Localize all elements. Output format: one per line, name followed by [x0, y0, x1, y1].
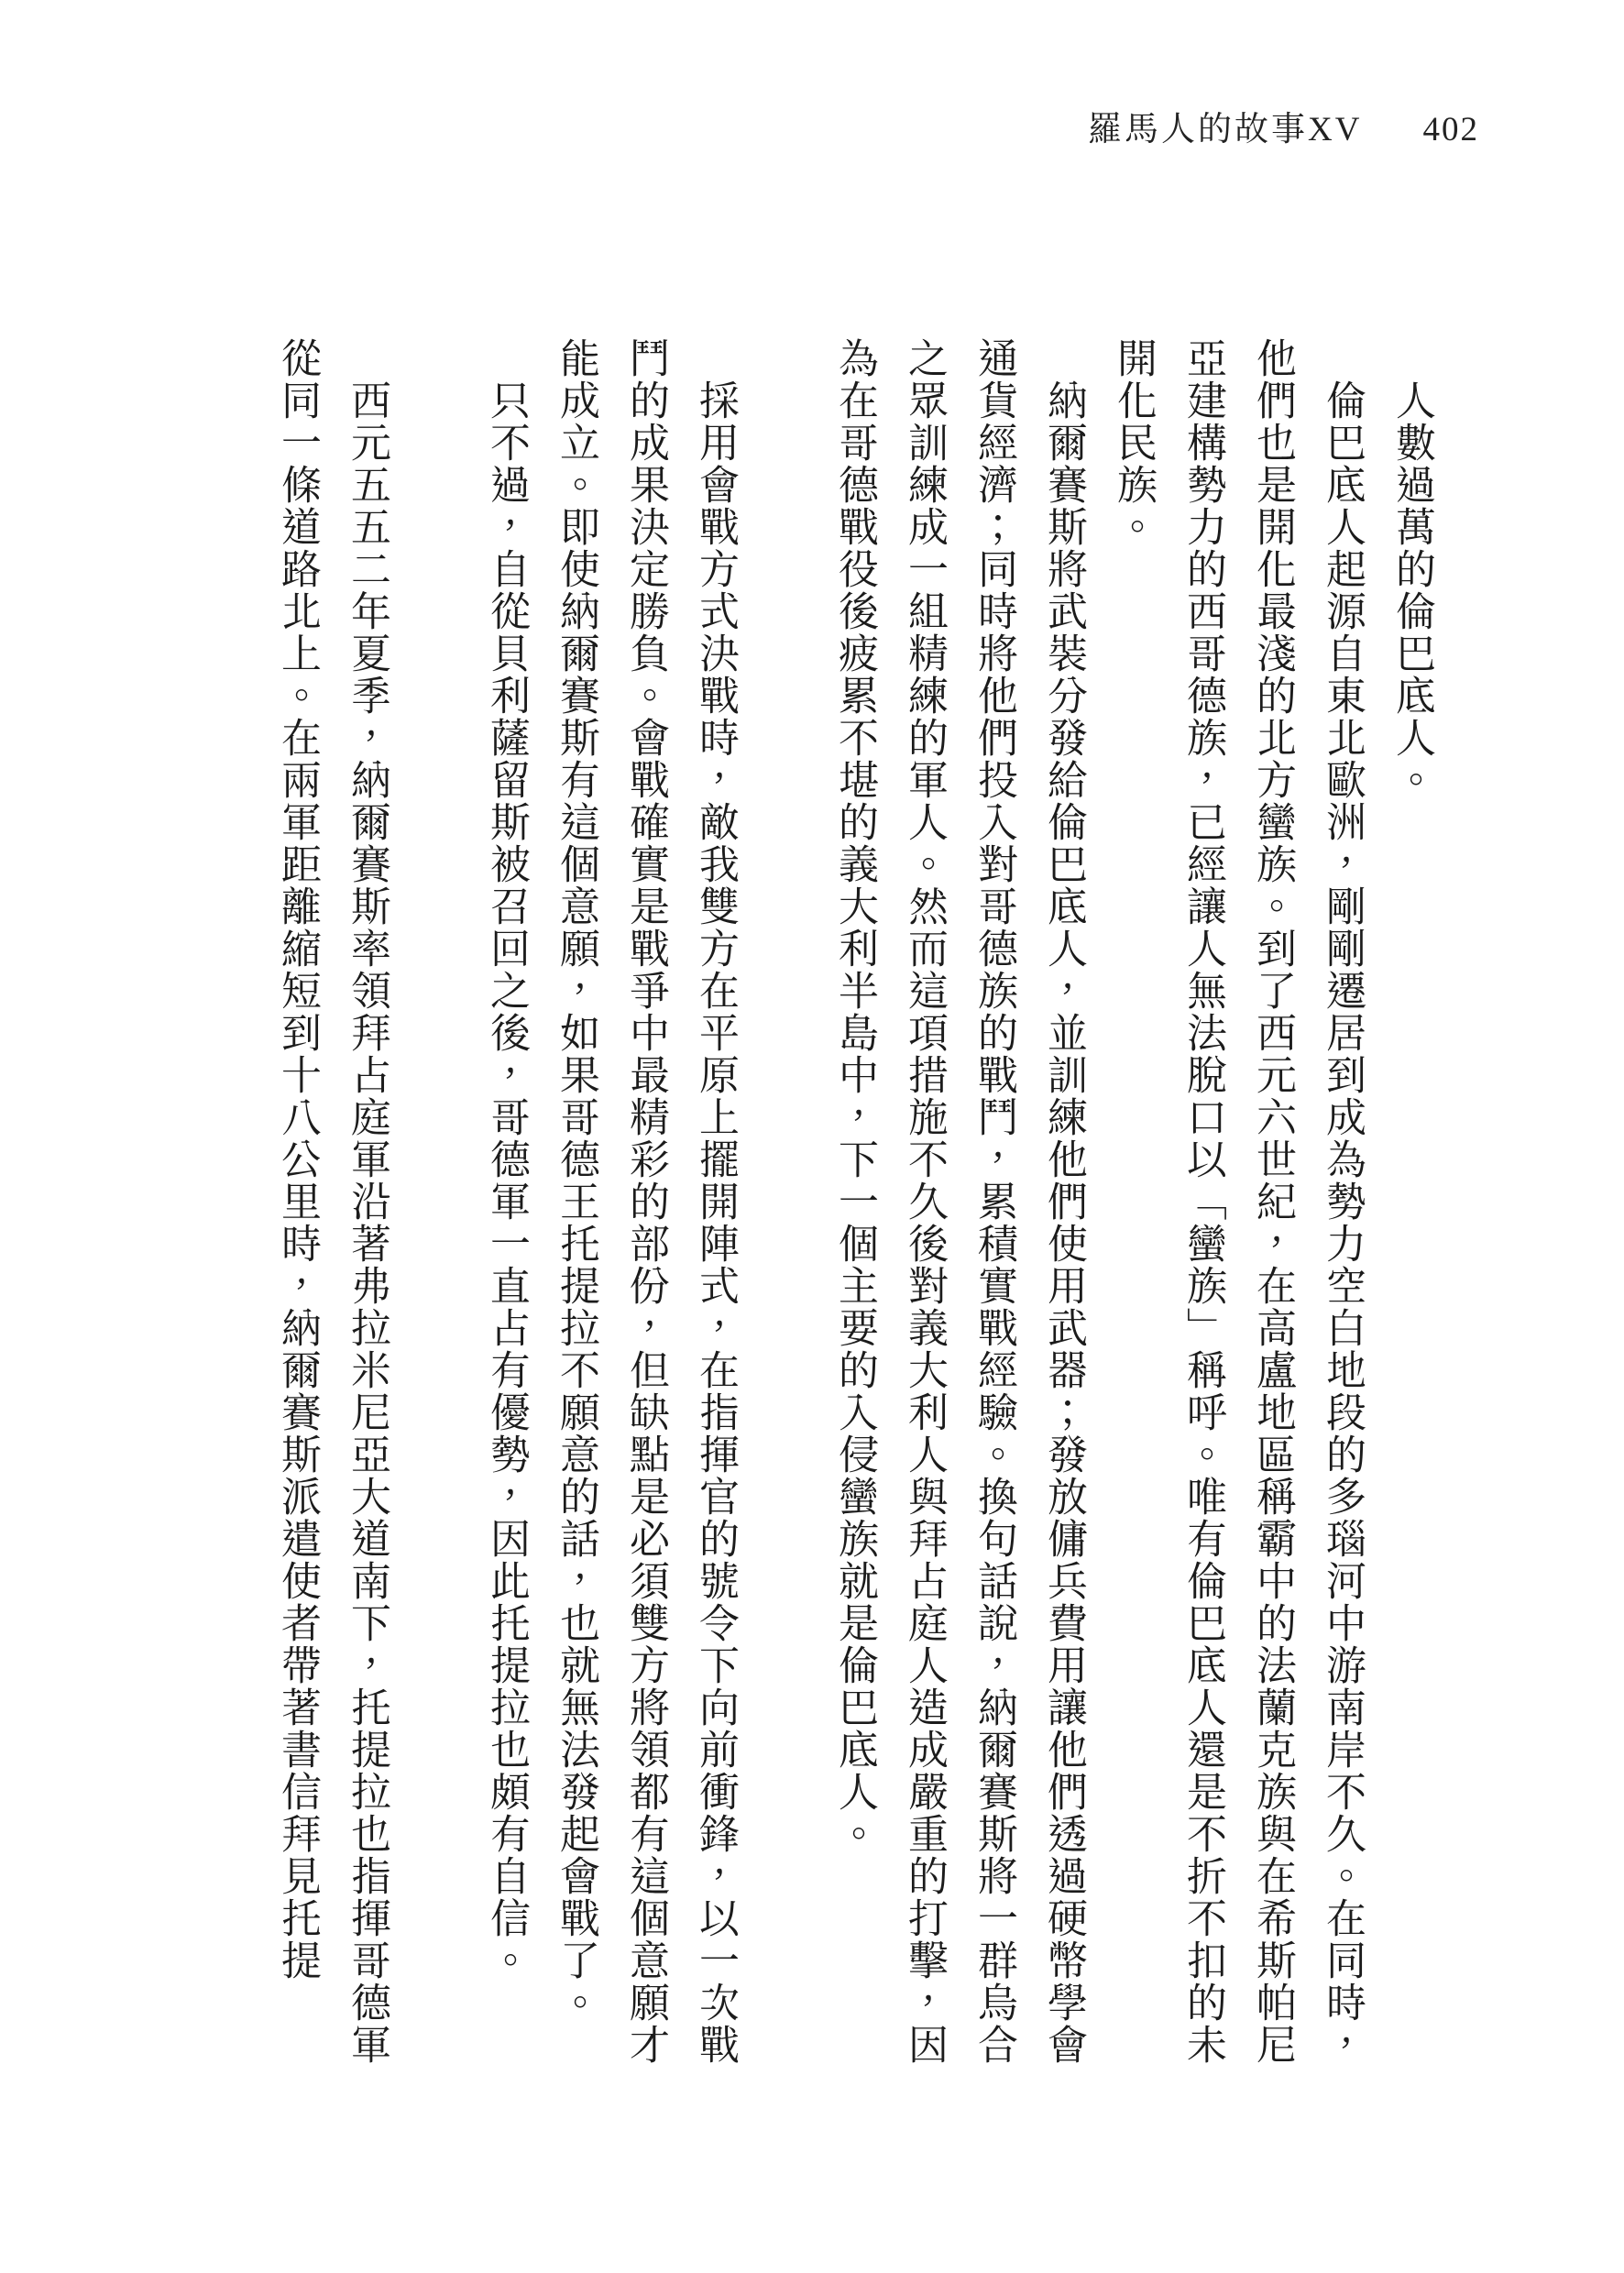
vertical-text-block: 人數過萬的倫巴底人。 倫巴底人起源自東北歐洲，剛剛遷居到成為勢力空白地段的多瑙河… [262, 337, 1446, 2070]
running-head: 羅馬人的故事XV402 [1088, 101, 1479, 150]
paragraph-2: 倫巴底人起源自東北歐洲，剛剛遷居到成為勢力空白地段的多瑙河中游南岸不久。在同時，… [1098, 337, 1377, 2070]
paragraph-1: 人數過萬的倫巴底人。 [1377, 337, 1446, 2070]
paragraph-3: 納爾賽斯將武裝分發給倫巴底人，並訓練他們使用武器；發放傭兵費用讓他們透過硬幣學會… [819, 337, 1098, 2070]
paragraph-5: 只不過，自從貝利薩留斯被召回之後，哥德軍一直占有優勢，因此托提拉也頗有自信。 [471, 337, 541, 2070]
book-page: 羅馬人的故事XV402 人數過萬的倫巴底人。 倫巴底人起源自東北歐洲，剛剛遷居到… [0, 0, 1624, 2273]
page-number: 402 [1423, 110, 1480, 149]
paragraph-4: 採用會戰方式決戰時，敵我雙方在平原上擺開陣式，在指揮官的號令下向前衝鋒，以一次戰… [541, 337, 750, 2070]
book-title: 羅馬人的故事XV [1088, 111, 1362, 148]
paragraph-6: 西元五五二年夏季，納爾賽斯率領拜占庭軍沿著弗拉米尼亞大道南下，托提拉也指揮哥德軍… [262, 337, 401, 2070]
